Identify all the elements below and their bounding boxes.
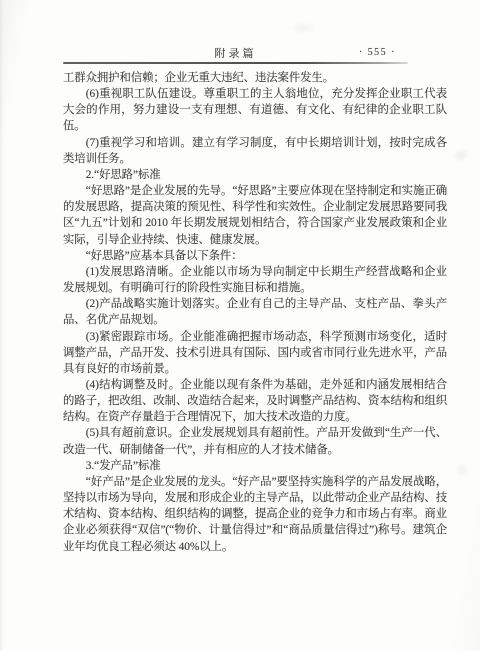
header-rule <box>63 62 408 64</box>
paragraph: 工群众拥护和信赖；企业无重大违纪、违法案件发生。 <box>63 70 447 86</box>
scan-noise <box>290 22 316 34</box>
body-text: 工群众拥护和信赖；企业无重大违纪、违法案件发生。 (6)重视职工队伍建设。尊重职… <box>63 70 447 555</box>
page-number: · 555 · <box>359 47 396 58</box>
running-head: 附录篇 · 555 · <box>63 45 408 62</box>
scan-noise <box>454 462 470 478</box>
paragraph: (1)发展思路清晰。企业能以市场为导向制定中长期生产经营战略和企业发展规划。有明… <box>63 264 447 296</box>
paragraph: “好思路”是企业发展的先导。“好思路”主要应体现在坚持制定和实施正确的发展思路，… <box>63 183 447 248</box>
paragraph: “好思路”应基本具备以下条件： <box>63 248 447 264</box>
scan-noise <box>452 148 470 162</box>
scanned-book-page: 附录篇 · 555 · 工群众拥护和信赖；企业无重大违纪、违法案件发生。 (6)… <box>0 0 480 651</box>
paragraph: (3)紧密跟踪市场。企业能准确把握市场动态，科学预测市场变化，适时调整产品，产品… <box>63 329 447 377</box>
scan-edge-shadow <box>0 0 4 651</box>
paragraph: “好产品”是企业发展的龙头。“好产品”要坚持实施科学的产品发展战略，坚持以市场为… <box>63 474 447 555</box>
paragraph: (2)产品战略实施计划落实。企业有自己的主导产品、支柱产品、拳头产品、名优产品规… <box>63 296 447 328</box>
paragraph: (4)结构调整及时。企业能以现有条件为基础，走外延和内涵发展相结合的路子，把改组… <box>63 377 447 425</box>
paragraph: (7)重视学习和培训。建立有学习制度，有中长期培训计划，按时完成各类培训任务。 <box>63 135 447 167</box>
section-title: 附录篇 <box>63 45 408 61</box>
section-heading: 2.“好思路”标准 <box>63 167 447 183</box>
section-heading: 3.“发产品”标准 <box>63 458 447 474</box>
paragraph: (5)具有超前意识。企业发展规划具有超前性。产品开发做到“生产一代、改造一代、研… <box>63 425 447 457</box>
paragraph: (6)重视职工队伍建设。尊重职工的主人翁地位，充分发挥企业职工代表大会的作用，努… <box>63 86 447 134</box>
